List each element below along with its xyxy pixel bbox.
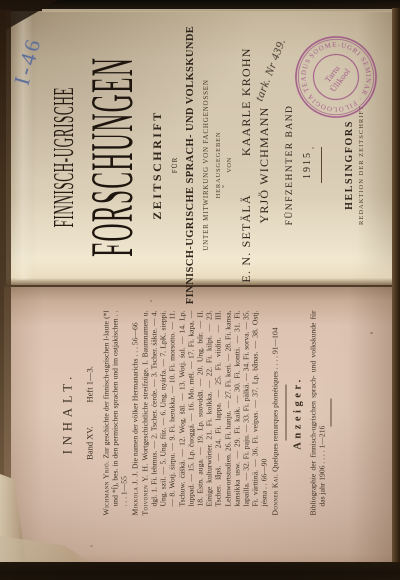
title-rule <box>321 147 322 183</box>
speck <box>222 185 224 188</box>
journal-title-block: FINNISCH-UGRISCHE FORSCHUNGEN <box>50 47 134 267</box>
entry-author: Toivonen Y. H. <box>140 463 149 515</box>
entry-author: Mikkola J. J. <box>130 471 139 516</box>
contents-entry-toivonen: Toivonen Y. H. Wortgeschichtliche streif… <box>140 311 269 516</box>
entry-text: Bibliographie der finnisch-ugrischen spr… <box>308 311 326 516</box>
entry-pages: 91—104 <box>270 327 279 354</box>
herausgegeben-line: HERAUSGEGEBEN <box>215 132 222 199</box>
year-line: 1915 <box>302 151 313 179</box>
journal-main-title: FORSCHUNGEN <box>82 57 142 257</box>
editors-row: E. N. SETÄLÄ KAARLE KROHN <box>239 47 254 282</box>
contents-entry-list: Wichmann Yrjö. Zur geschichte der finnis… <box>102 311 281 516</box>
photo-right-edge <box>392 8 400 566</box>
contents-entry-mikkola: Mikkola J. J. Die namen der völker Herma… <box>130 311 139 516</box>
speck <box>90 545 93 547</box>
contents-entry-donner: Donner Kai. Quelques remarques phonétiqu… <box>270 311 279 516</box>
entry-author: Donner Kai. <box>270 474 279 516</box>
imprint-line: REDAKTION DER ZEITSCHRIFT <box>358 105 365 225</box>
contents-page-block: INHALT. Band XV. Heft 1—3. Wichmann Yrjö… <box>60 311 360 516</box>
entry-pages: 66—90 <box>260 459 269 482</box>
von-line: VON <box>226 157 233 173</box>
speck <box>150 300 152 302</box>
speck <box>312 147 314 149</box>
entry-pages: 1—55 <box>120 476 129 495</box>
contents-divider-rule <box>285 385 286 441</box>
entry-pages: 56—66 <box>130 322 139 345</box>
editor-setala: E. N. SETÄLÄ <box>239 194 254 282</box>
contents-heft-label: Heft 1—3. <box>85 366 95 402</box>
entry-text: Quelques remarques phonétiques . . . . <box>270 354 279 474</box>
subtitle-zeitschrift: ZEITSCHRIFT <box>150 110 165 220</box>
entry-author: Wichmann Yrjö. <box>102 461 111 516</box>
page-edge-highlight <box>42 9 396 12</box>
entry-pages: 1—216 <box>318 426 327 449</box>
book-photo: FINNISCH-UGRISCHE FORSCHUNGEN ZEITSCHRIF… <box>0 0 400 580</box>
anzeiger-heading: Anzeiger. <box>292 376 303 449</box>
entry-text: Die namen der völker Hermanarichs . . . <box>130 345 139 471</box>
contents-volume-row: Band XV. Heft 1—3. <box>85 366 95 460</box>
journal-series-title: FINNISCH-UGRISCHE <box>50 87 79 227</box>
contents-heading: INHALT. <box>61 372 76 455</box>
contents-band-label: Band XV. <box>85 427 95 460</box>
contents-entry-wichmann: Wichmann Yrjö. Zur geschichte der finnis… <box>102 311 130 516</box>
mitwirkung-line: UNTER MITWIRKUNG VON FACHGENOSSEN <box>202 79 210 250</box>
anzeiger-end-rule <box>331 399 332 427</box>
anzeiger-entry: Bibliographie der finnisch-ugrischen spr… <box>308 311 326 516</box>
speck <box>370 332 373 334</box>
volume-line: FÜNFZEHNTER BAND <box>285 105 295 226</box>
photo-bottom-edge <box>0 562 400 580</box>
anzeiger-entry-line: Bibliographie der finnisch-ugrischen spr… <box>308 311 326 516</box>
entry-text: Wortgeschichtliche streifzüge. I. Baumna… <box>140 311 269 507</box>
subtitle-fuer: FÜR <box>171 157 179 174</box>
subtitle-volkskunde: FINNISCH-UGRISCHE SPRACH- UND VOLKSKUNDE <box>185 26 196 304</box>
editor-wichmann: YRJÖ WICHMANN <box>257 106 272 223</box>
